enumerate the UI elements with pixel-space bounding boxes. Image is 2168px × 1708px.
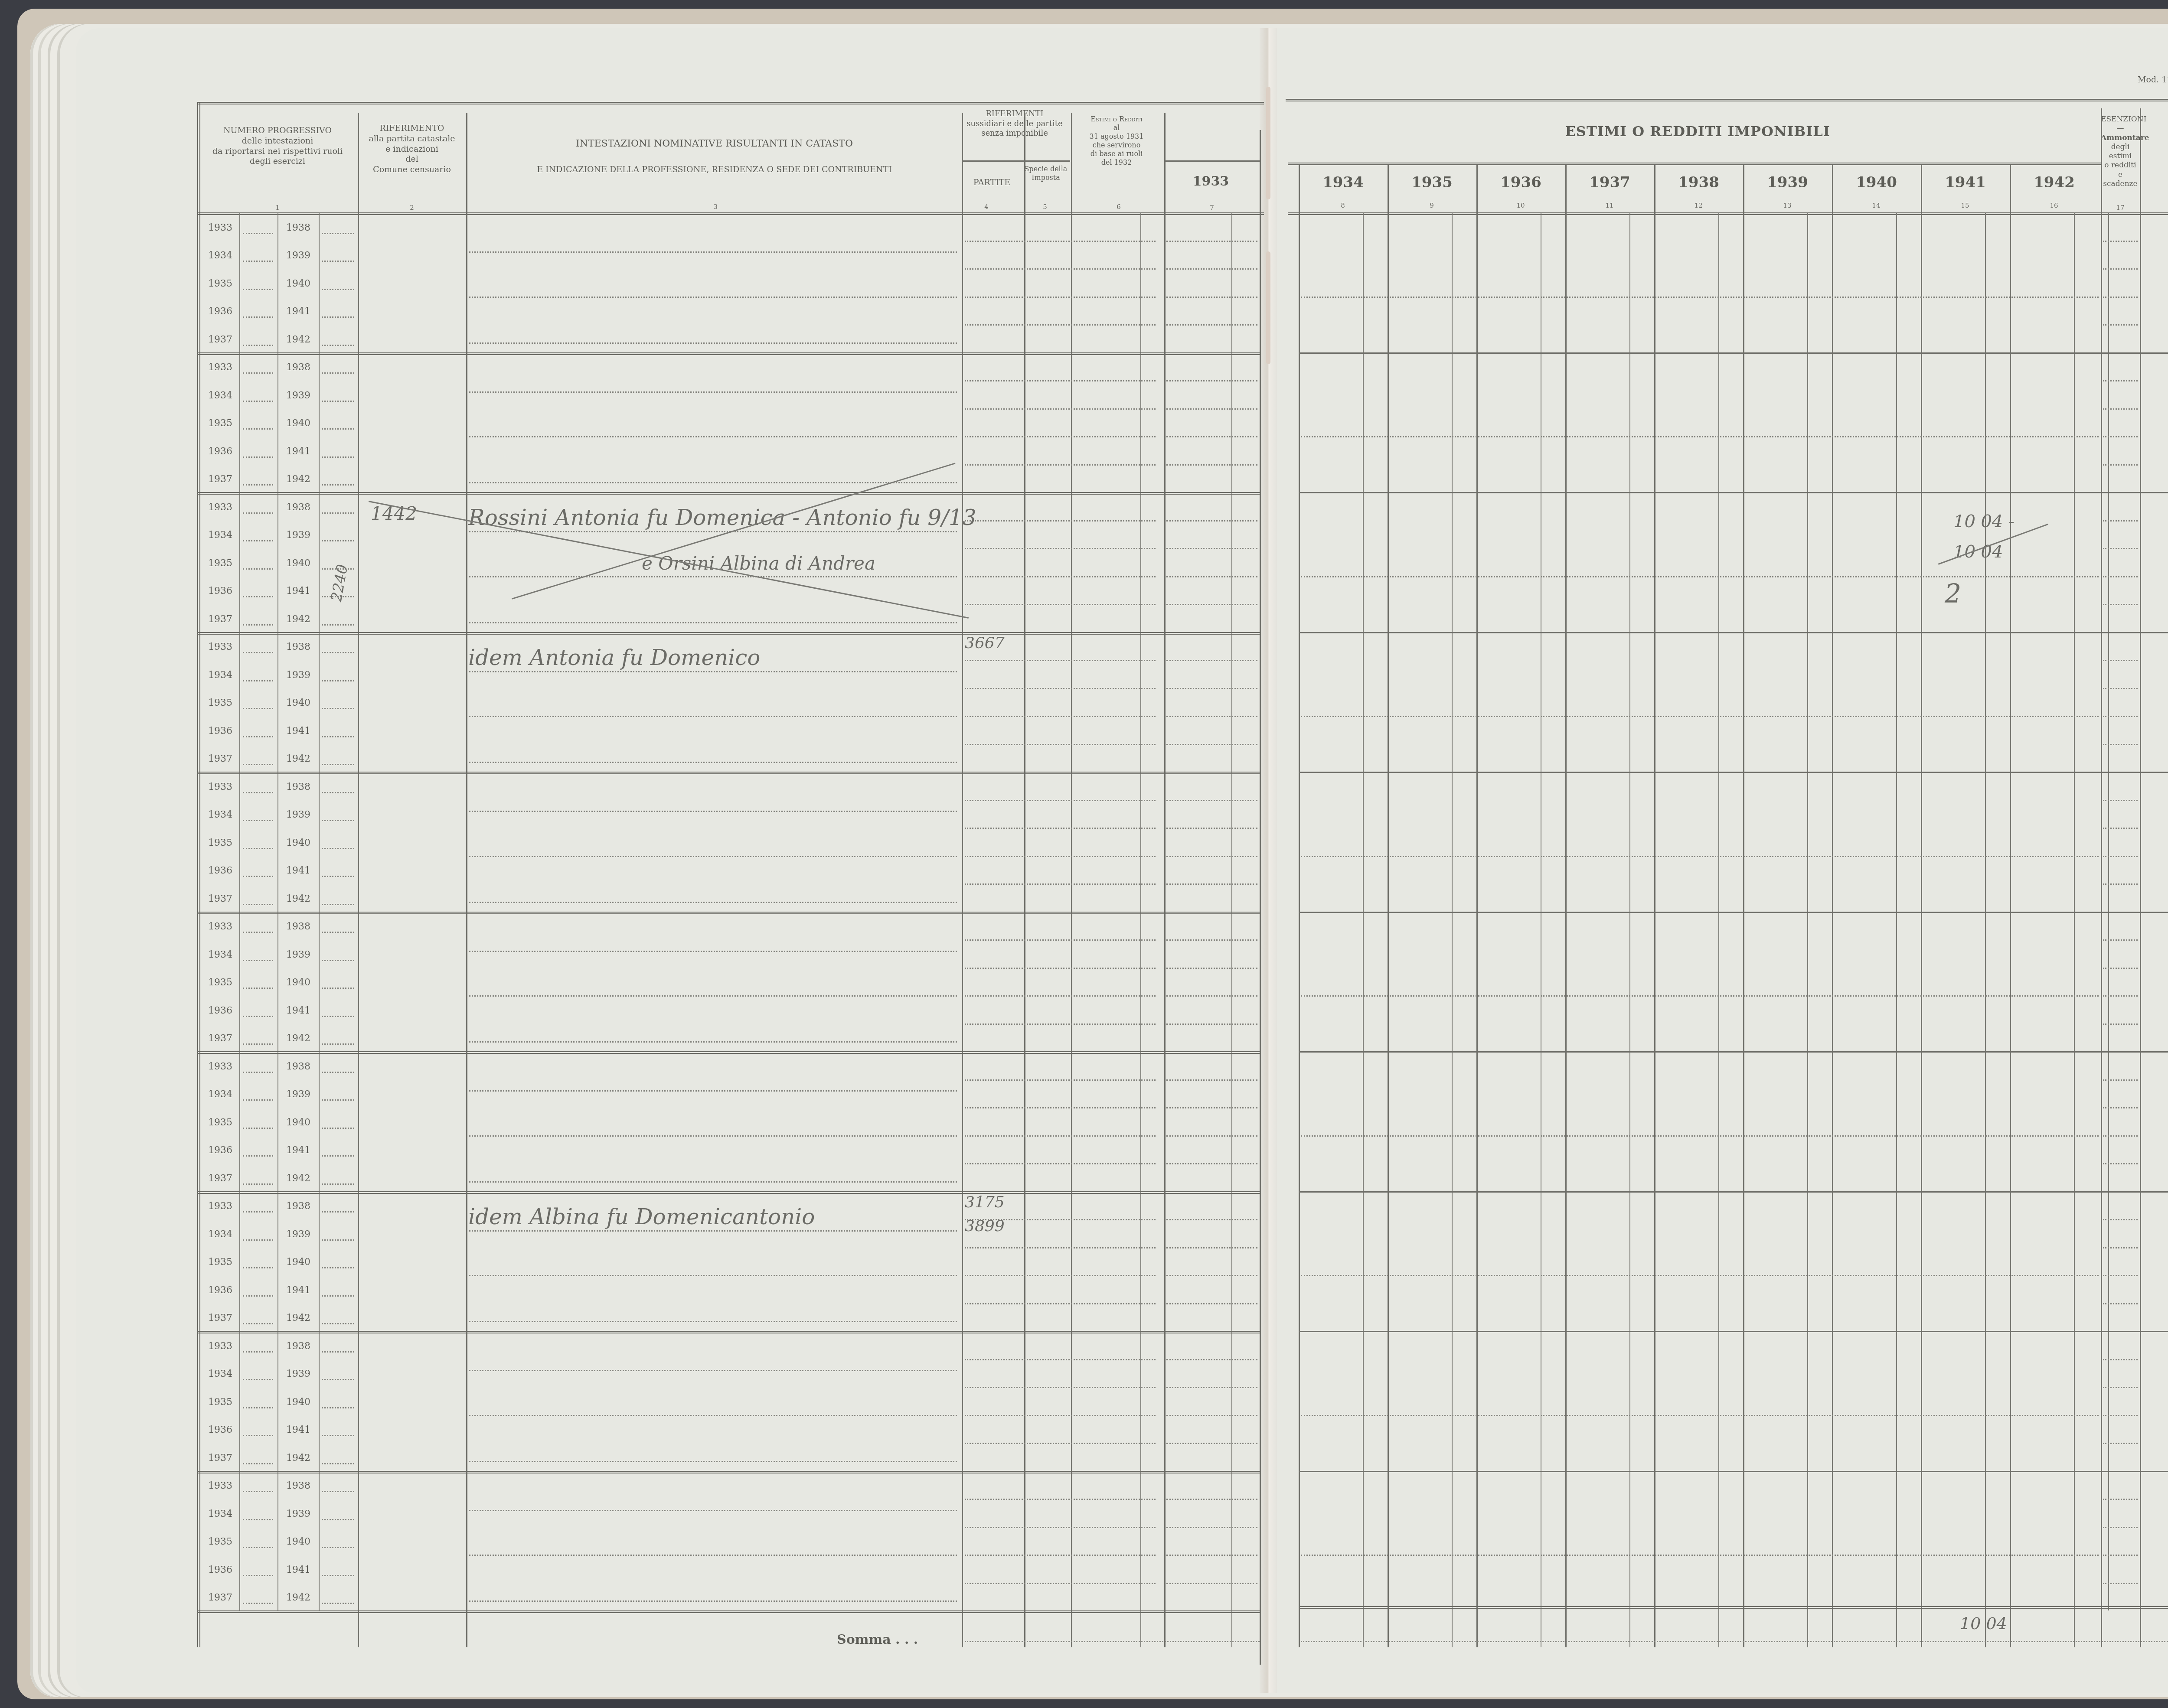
dotted-line xyxy=(243,624,273,626)
block-divider-right xyxy=(1299,912,2168,913)
year-col-sep xyxy=(1476,165,1478,1647)
col3-number: 3 xyxy=(711,203,720,211)
name-writing-line xyxy=(469,951,957,952)
amount-writing-line xyxy=(1166,1135,1257,1137)
dotted-line xyxy=(322,764,354,765)
block-divider xyxy=(197,912,1260,915)
dotted-line xyxy=(322,820,354,821)
amount-writing-line xyxy=(965,744,1156,745)
amount-writing-line xyxy=(1166,1107,1257,1108)
esenzioni-writing-line xyxy=(2103,660,2138,661)
year-label: 1941 xyxy=(286,726,310,737)
year-label: 1939 xyxy=(286,809,310,820)
dotted-line xyxy=(322,1128,354,1129)
group-title-estimi: ESTIMI O REDDITI IMPONIBILI xyxy=(1292,123,2103,140)
year-label: 1935 xyxy=(208,1536,232,1547)
amount-writing-line xyxy=(1166,939,1257,941)
dotted-line xyxy=(243,456,273,458)
dotted-line xyxy=(322,708,354,709)
esenzioni-writing-line xyxy=(2103,548,2138,549)
dotted-line xyxy=(243,1379,273,1380)
year-writing-line xyxy=(1301,436,2099,437)
dotted-line xyxy=(322,624,354,626)
col2-line: alla partita catastale xyxy=(360,134,464,144)
amount-writing-line xyxy=(1166,995,1257,997)
amount-writing-line xyxy=(965,1583,1156,1584)
col-sep xyxy=(358,113,359,1647)
amount-writing-line xyxy=(965,1415,1156,1416)
dotted-line xyxy=(243,960,273,961)
amount-writing-line xyxy=(1166,1359,1257,1360)
dotted-line xyxy=(243,568,273,570)
amount-writing-line xyxy=(965,883,1156,885)
name-writing-line xyxy=(469,1555,957,1556)
year-header-1937: 1937 xyxy=(1565,173,1654,192)
dotted-line xyxy=(243,820,273,821)
name-writing-line xyxy=(469,1510,957,1511)
year-label: 1933 xyxy=(208,222,232,233)
esenzioni-writing-line xyxy=(2103,688,2138,689)
dotted-line xyxy=(322,1351,354,1353)
esenzioni-writing-line xyxy=(2103,241,2138,242)
amount-writing-line xyxy=(1166,408,1257,410)
year-label: 1934 xyxy=(208,1369,232,1379)
amount-writing-line xyxy=(965,576,1156,577)
amount-writing-line xyxy=(965,800,1156,801)
year-label: 1933 xyxy=(208,782,232,792)
handwritten-name: idem Antonia fu Domenico xyxy=(468,645,760,670)
esenzioni-writing-line xyxy=(2103,297,2138,298)
year-label: 1938 xyxy=(286,921,310,932)
dotted-line xyxy=(243,680,273,681)
col4-5-group-header: RIFERIMENTI sussidiari e delle partite s… xyxy=(960,109,1069,139)
col1-line: degli esercizi xyxy=(199,156,356,167)
name-writing-line xyxy=(469,902,957,903)
block-divider xyxy=(197,772,1260,775)
dotted-line xyxy=(243,932,273,933)
esenzioni-writing-line xyxy=(2103,408,2138,410)
col6-title: Estimi o Redditi xyxy=(1071,115,1162,124)
year-label: 1935 xyxy=(208,558,232,569)
name-writing-line xyxy=(469,1370,957,1371)
year-label: 1942 xyxy=(286,334,310,345)
name-writing-line xyxy=(469,856,957,857)
amount-writing-line xyxy=(1166,297,1257,298)
year-label: 1940 xyxy=(286,838,310,848)
amount-writing-line xyxy=(1166,660,1257,661)
year-col-sep xyxy=(1743,165,1744,1647)
subheader-line xyxy=(1164,160,1260,162)
col1-header: NUMERO PROGRESSIVO delle intestazioni da… xyxy=(199,126,356,167)
block-divider-right xyxy=(1299,1051,2168,1053)
binding-stitch xyxy=(1266,87,1270,199)
year-label: 1941 xyxy=(286,1145,310,1156)
dotted-line xyxy=(243,261,273,262)
dotted-line xyxy=(322,1267,354,1268)
amount-writing-line xyxy=(1166,688,1257,689)
year-label: 1942 xyxy=(286,753,310,764)
dotted-line xyxy=(243,1239,273,1241)
esenzioni-writing-line xyxy=(2103,1163,2138,1164)
dotted-line xyxy=(322,1239,354,1241)
year-label: 1936 xyxy=(208,1285,232,1296)
amount-writing-line xyxy=(1166,380,1257,381)
amount-writing-line xyxy=(965,1107,1156,1108)
year-label: 1933 xyxy=(208,362,232,373)
year-label: 1934 xyxy=(208,809,232,820)
year-label: 1935 xyxy=(208,1117,232,1128)
year-col-number: 15 xyxy=(1961,202,1969,209)
year-col-number: 9 xyxy=(1427,202,1436,209)
year-header-1942: 1942 xyxy=(2010,173,2099,192)
col-sep xyxy=(1164,113,1166,1647)
dotted-line xyxy=(322,736,354,737)
year-col-number: 12 xyxy=(1694,202,1703,209)
esenzioni-line: e scadenze xyxy=(2101,170,2140,189)
dotted-line xyxy=(243,1128,273,1129)
year-label: 1934 xyxy=(208,1089,232,1100)
esenzioni-writing-line xyxy=(2103,576,2138,577)
amount-writing-line xyxy=(1166,604,1257,605)
amount-writing-line xyxy=(965,828,1156,829)
year-label: 1936 xyxy=(208,1145,232,1156)
amount-writing-line xyxy=(965,1387,1156,1388)
year-label: 1938 xyxy=(286,1341,310,1352)
dotted-line xyxy=(322,456,354,458)
year-subcol xyxy=(2074,212,2075,1647)
year-label: 1939 xyxy=(286,670,310,681)
esenzioni-line: degli estimi xyxy=(2101,143,2140,161)
handwritten-partita: 3667 xyxy=(965,634,1005,652)
esenzioni-writing-line xyxy=(2103,268,2138,270)
dotted-line xyxy=(243,289,273,290)
year-label: 1941 xyxy=(286,1565,310,1575)
esenzioni-number: 17 xyxy=(2116,204,2125,212)
year-label: 1937 xyxy=(208,474,232,485)
amount-writing-line xyxy=(1166,1023,1257,1025)
year-writing-line xyxy=(1301,856,2099,857)
dotted-line xyxy=(322,848,354,849)
name-writing-line xyxy=(469,251,957,253)
name-writing-line xyxy=(469,391,957,393)
year-label: 1942 xyxy=(286,893,310,904)
year-col-sep xyxy=(1299,165,1300,1647)
year-subcol xyxy=(1985,212,1986,1647)
dotted-line xyxy=(243,512,273,514)
dotted-line xyxy=(243,1491,273,1492)
dotted-line xyxy=(243,1183,273,1185)
dotted-line xyxy=(322,401,354,402)
handwritten-name: Rossini Antonia fu Domenica - Antonio fu… xyxy=(468,505,976,530)
year-label: 1940 xyxy=(286,977,310,988)
col2-line: e indicazioni xyxy=(360,144,464,155)
year-writing-line xyxy=(1301,1135,2099,1137)
name-writing-line xyxy=(469,1090,957,1092)
name-writing-line xyxy=(469,1275,957,1276)
dotted-line xyxy=(243,652,273,653)
amount-writing-line xyxy=(965,548,1156,549)
esenzioni-writing-line xyxy=(2103,1499,2138,1500)
amount-subcol xyxy=(1140,212,1141,1647)
amount-writing-line xyxy=(1166,1583,1257,1584)
col4-number: 4 xyxy=(982,203,991,211)
dotted-line xyxy=(322,792,354,793)
amount-writing-line xyxy=(1166,520,1257,522)
dotted-line xyxy=(322,1379,354,1380)
amount-writing-line xyxy=(965,1079,1156,1081)
year-label: 1934 xyxy=(208,1509,232,1519)
year-subcol xyxy=(1363,212,1364,1647)
esenzioni-writing-line xyxy=(2103,1555,2138,1556)
table-top-border xyxy=(197,102,1264,105)
esenzioni-line: o redditi xyxy=(2101,161,2140,170)
col-sep xyxy=(466,113,467,1647)
esenzioni-writing-line xyxy=(2103,744,2138,745)
year-label: 1936 xyxy=(208,726,232,737)
year-label: 1941 xyxy=(286,1424,310,1435)
col6-line: al xyxy=(1071,124,1162,132)
year-label: 1937 xyxy=(208,1453,232,1464)
dotted-line xyxy=(243,428,273,430)
dotted-line xyxy=(322,1575,354,1576)
amount-writing-line xyxy=(1166,968,1257,969)
year-subcol xyxy=(1452,212,1453,1647)
dotted-line xyxy=(243,904,273,905)
amount-writing-line xyxy=(1166,716,1257,717)
year-label: 1936 xyxy=(208,1005,232,1016)
dotted-line xyxy=(243,1099,273,1101)
year-label: 1938 xyxy=(286,362,310,373)
amount-writing-line xyxy=(965,297,1156,298)
dotted-line xyxy=(322,1603,354,1604)
dotted-line xyxy=(322,680,354,681)
year-header-1941: 1941 xyxy=(1921,173,2010,192)
amount-writing-line xyxy=(965,1023,1156,1025)
year-label: 1941 xyxy=(286,306,310,317)
year-writing-line xyxy=(1301,995,2099,997)
year-label: 1938 xyxy=(286,642,310,652)
year-label: 1936 xyxy=(208,865,232,876)
esenzioni-writing-line xyxy=(2103,716,2138,717)
col2-header: RIFERIMENTO alla partita catastale e ind… xyxy=(360,124,464,175)
amount-writing-line xyxy=(965,1303,1156,1304)
dotted-line xyxy=(322,988,354,989)
year-label: 1937 xyxy=(208,893,232,904)
year-subcol xyxy=(1718,212,1719,1647)
amount-writing-line xyxy=(1166,1275,1257,1276)
year-label: 1935 xyxy=(208,1397,232,1408)
group-line: senza imponibile xyxy=(960,129,1069,139)
esenzioni-writing-line xyxy=(2103,828,2138,829)
year-col-sep xyxy=(1565,165,1567,1647)
dotted-line xyxy=(322,345,354,346)
dotted-line xyxy=(322,1099,354,1101)
dotted-line xyxy=(243,1295,273,1297)
esenzioni-writing-line xyxy=(2103,1527,2138,1528)
amount-writing-line xyxy=(965,241,1156,242)
esenzioni-title: ESENZIONI xyxy=(2101,115,2140,124)
year-label: 1934 xyxy=(208,250,232,261)
col-sep xyxy=(1024,113,1025,1647)
table-body-bottom xyxy=(197,1610,1260,1614)
name-writing-line xyxy=(469,622,957,623)
year-label: 1934 xyxy=(208,670,232,681)
dotted-line xyxy=(243,1603,273,1604)
col6-line: del 1932 xyxy=(1071,158,1162,167)
handwritten-somma-value: 10 04 xyxy=(1960,1614,2007,1633)
form-code: Mod. 111 - Imposte Dirette (Intercalare)… xyxy=(2138,75,2168,85)
name-writing-line xyxy=(469,531,957,532)
col-sep xyxy=(1071,113,1072,1647)
block-divider-right xyxy=(1299,1191,2168,1193)
dotted-line xyxy=(243,1155,273,1157)
handwritten-name: e Orsini Albina di Andrea xyxy=(642,553,875,574)
dotted-line xyxy=(322,233,354,234)
dotted-line xyxy=(243,708,273,709)
amount-writing-line xyxy=(965,995,1156,997)
handwritten-partita: 3175 xyxy=(965,1193,1005,1211)
dotted-line xyxy=(322,1323,354,1324)
year-label: 1933 xyxy=(208,1341,232,1352)
year-col-sep xyxy=(1654,165,1655,1647)
col6-number: 6 xyxy=(1114,203,1123,211)
amount-writing-line xyxy=(1166,1387,1257,1388)
year-col-number: 10 xyxy=(1516,202,1525,209)
year-label: 1940 xyxy=(286,278,310,289)
amount-writing-line xyxy=(965,268,1156,270)
dotted-line xyxy=(243,1043,273,1045)
dotted-line xyxy=(243,764,273,765)
year-label: 1933 xyxy=(208,1480,232,1491)
esenzioni-writing-line xyxy=(2103,520,2138,522)
year-header-1935: 1935 xyxy=(1388,173,1476,192)
amount-writing-line xyxy=(965,380,1156,381)
amount-writing-line xyxy=(1166,744,1257,745)
amount-writing-line xyxy=(965,716,1156,717)
year-label: 1940 xyxy=(286,418,310,429)
year-label: 1939 xyxy=(286,1089,310,1100)
amount-writing-line xyxy=(1166,1499,1257,1500)
amount-writing-line xyxy=(1166,268,1257,270)
year-label: 1939 xyxy=(286,1229,310,1240)
block-divider-right xyxy=(1299,352,2168,354)
dotted-line xyxy=(243,1016,273,1017)
dotted-line xyxy=(243,1519,273,1520)
dotted-line xyxy=(243,484,273,486)
esenzioni-writing-line xyxy=(2103,324,2138,326)
year-col-sep xyxy=(1921,165,1922,1647)
esenzioni-writing-line xyxy=(2103,436,2138,437)
esenzioni-writing-line xyxy=(2103,1135,2138,1137)
year-col-number: 14 xyxy=(1872,202,1881,209)
dotted-line xyxy=(243,736,273,737)
amount-writing-line xyxy=(965,1135,1156,1137)
annotazioni-title: ANNOTAZIONI xyxy=(2140,152,2168,164)
esenzioni-writing-line xyxy=(2103,1303,2138,1304)
year-label: 1933 xyxy=(208,1061,232,1072)
esenzioni-writing-line xyxy=(2103,939,2138,941)
dotted-line xyxy=(243,345,273,346)
name-writing-line xyxy=(469,716,957,717)
amount-writing-line xyxy=(965,856,1156,857)
amount-subcol xyxy=(1231,212,1232,1647)
year-label: 1933 xyxy=(208,502,232,513)
amount-writing-line xyxy=(1166,1079,1257,1081)
year-header-1934: 1934 xyxy=(1299,173,1388,192)
year-label: 1942 xyxy=(286,1313,310,1323)
table-body-bottom-right xyxy=(1299,1606,2168,1610)
year-label: 1942 xyxy=(286,1453,310,1464)
esenzioni-writing-line xyxy=(2103,1219,2138,1220)
esenzioni-writing-line xyxy=(2103,968,2138,969)
amount-writing-line xyxy=(1166,1163,1257,1164)
name-writing-line xyxy=(469,482,957,483)
handwritten-note: 2 xyxy=(1945,579,1961,609)
dotted-line xyxy=(322,652,354,653)
year-label: 1936 xyxy=(208,1565,232,1575)
amount-writing-line xyxy=(965,660,1156,661)
amount-writing-line xyxy=(1166,548,1257,549)
year-col-number: 13 xyxy=(1783,202,1792,209)
dotted-line xyxy=(322,289,354,290)
year-header-1939: 1939 xyxy=(1743,173,1832,192)
year-label: 1935 xyxy=(208,838,232,848)
dotted-line xyxy=(322,1155,354,1157)
block-divider-right xyxy=(1299,492,2168,493)
name-writing-line xyxy=(469,1321,957,1322)
col-sep xyxy=(962,113,963,1647)
year-label: 1941 xyxy=(286,1005,310,1016)
name-writing-line xyxy=(469,436,957,437)
amount-writing-line xyxy=(965,1443,1156,1444)
amount-writing-line xyxy=(965,604,1156,605)
dotted-line xyxy=(243,1072,273,1073)
year-writing-line xyxy=(1301,297,2099,298)
year-subcol xyxy=(1807,212,1808,1647)
amount-writing-line xyxy=(1166,436,1257,437)
dotted-line xyxy=(243,876,273,877)
table-top-border-right xyxy=(1286,99,2168,102)
name-writing-line xyxy=(469,1041,957,1043)
year-label: 1935 xyxy=(208,698,232,708)
name-writing-line xyxy=(469,1135,957,1137)
year-label: 1941 xyxy=(286,446,310,457)
amount-writing-line xyxy=(1166,800,1257,801)
header-bottom-border-right xyxy=(1288,212,2168,216)
dotted-line xyxy=(243,1267,273,1268)
year-label: 1940 xyxy=(286,558,310,569)
esenzioni-line: Ammontare xyxy=(2101,134,2140,143)
year-col-number: 11 xyxy=(1605,202,1614,209)
dotted-line xyxy=(322,512,354,514)
amount-writing-line xyxy=(1166,1303,1257,1304)
year-label: 1939 xyxy=(286,1509,310,1519)
dotted-line xyxy=(322,1435,354,1436)
col2-line: del xyxy=(360,154,464,165)
dotted-line xyxy=(322,876,354,877)
dotted-line xyxy=(243,848,273,849)
dotted-line xyxy=(322,960,354,961)
amount-writing-line xyxy=(1166,576,1257,577)
amount-writing-line xyxy=(1166,1247,1257,1248)
year-col-number: 8 xyxy=(1339,202,1347,209)
dotted-line xyxy=(322,1519,354,1520)
dotted-line xyxy=(322,1547,354,1548)
year-label: 1938 xyxy=(286,502,310,513)
dotted-line xyxy=(243,1435,273,1436)
dotted-line xyxy=(322,1043,354,1045)
name-writing-line xyxy=(469,1230,957,1232)
